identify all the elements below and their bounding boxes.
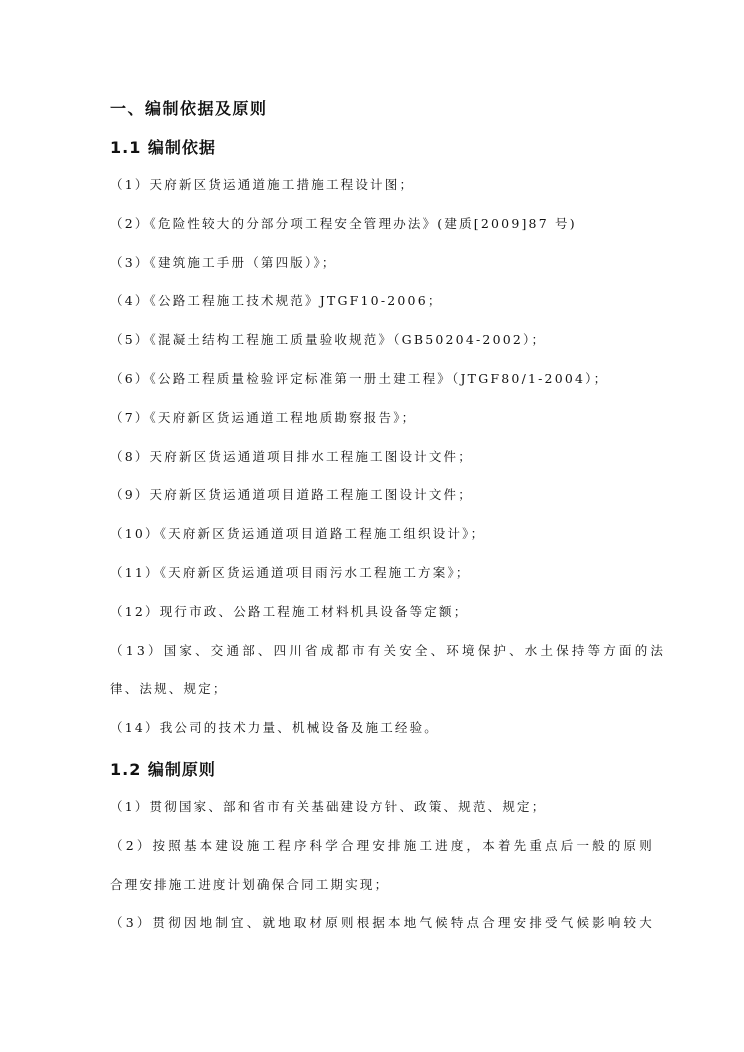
basis-item-3: （3）《建筑施工手册（第四版）》； [110,250,635,289]
principle-item-3: （3）贯彻因地制宜、就地取材原则根据本地气候特点合理安排受气候影响较大 [110,910,635,949]
basis-item-12: （12）现行市政、公路工程施工材料机具设备等定额； [110,599,635,638]
subsection-title-principles: 1.2 编制原则 [110,756,635,794]
subsection-title-basis: 1.1 编制依据 [110,134,635,172]
basis-item-4: （4）《公路工程施工技术规范》JTGF10-2006； [110,288,635,327]
principle-item-2-continued: 合理安排施工进度计划确保合同工期实现； [110,872,635,911]
basis-item-13: （13）国家、交通部、四川省成都市有关安全、环境保护、水土保持等方面的法 [110,638,635,677]
basis-item-13-continued: 律、法规、规定； [110,676,635,715]
basis-item-1: （1）天府新区货运通道施工措施工程设计图； [110,172,635,211]
principle-item-1: （1）贯彻国家、部和省市有关基础建设方针、政策、规范、规定； [110,794,635,833]
basis-item-5: （5）《混凝土结构工程施工质量验收规范》（GB50204-2002）； [110,327,635,366]
section-title: 一、编制依据及原则 [110,95,635,134]
basis-item-7: （7）《天府新区货运通道工程地质勘察报告》； [110,405,635,444]
document-body: 一、编制依据及原则 1.1 编制依据 （1）天府新区货运通道施工措施工程设计图；… [110,95,635,949]
basis-item-6: （6）《公路工程质量检验评定标准第一册土建工程》（JTGF80/1-2004）； [110,366,635,405]
principle-item-2: （2）按照基本建设施工程序科学合理安排施工进度，本着先重点后一般的原则 [110,833,635,872]
document-page: 一、编制依据及原则 1.1 编制依据 （1）天府新区货运通道施工措施工程设计图；… [0,0,744,1052]
basis-item-9: （9）天府新区货运通道项目道路工程施工图设计文件； [110,482,635,521]
basis-item-11: （11）《天府新区货运通道项目雨污水工程施工方案》； [110,560,635,599]
basis-item-10: （10）《天府新区货运通道项目道路工程施工组织设计》； [110,521,635,560]
basis-item-14: （14）我公司的技术力量、机械设备及施工经验。 [110,715,635,754]
basis-item-2: （2）《危险性较大的分部分项工程安全管理办法》(建质[2009]87 号) [110,211,635,250]
basis-item-8: （8）天府新区货运通道项目排水工程施工图设计文件； [110,444,635,483]
